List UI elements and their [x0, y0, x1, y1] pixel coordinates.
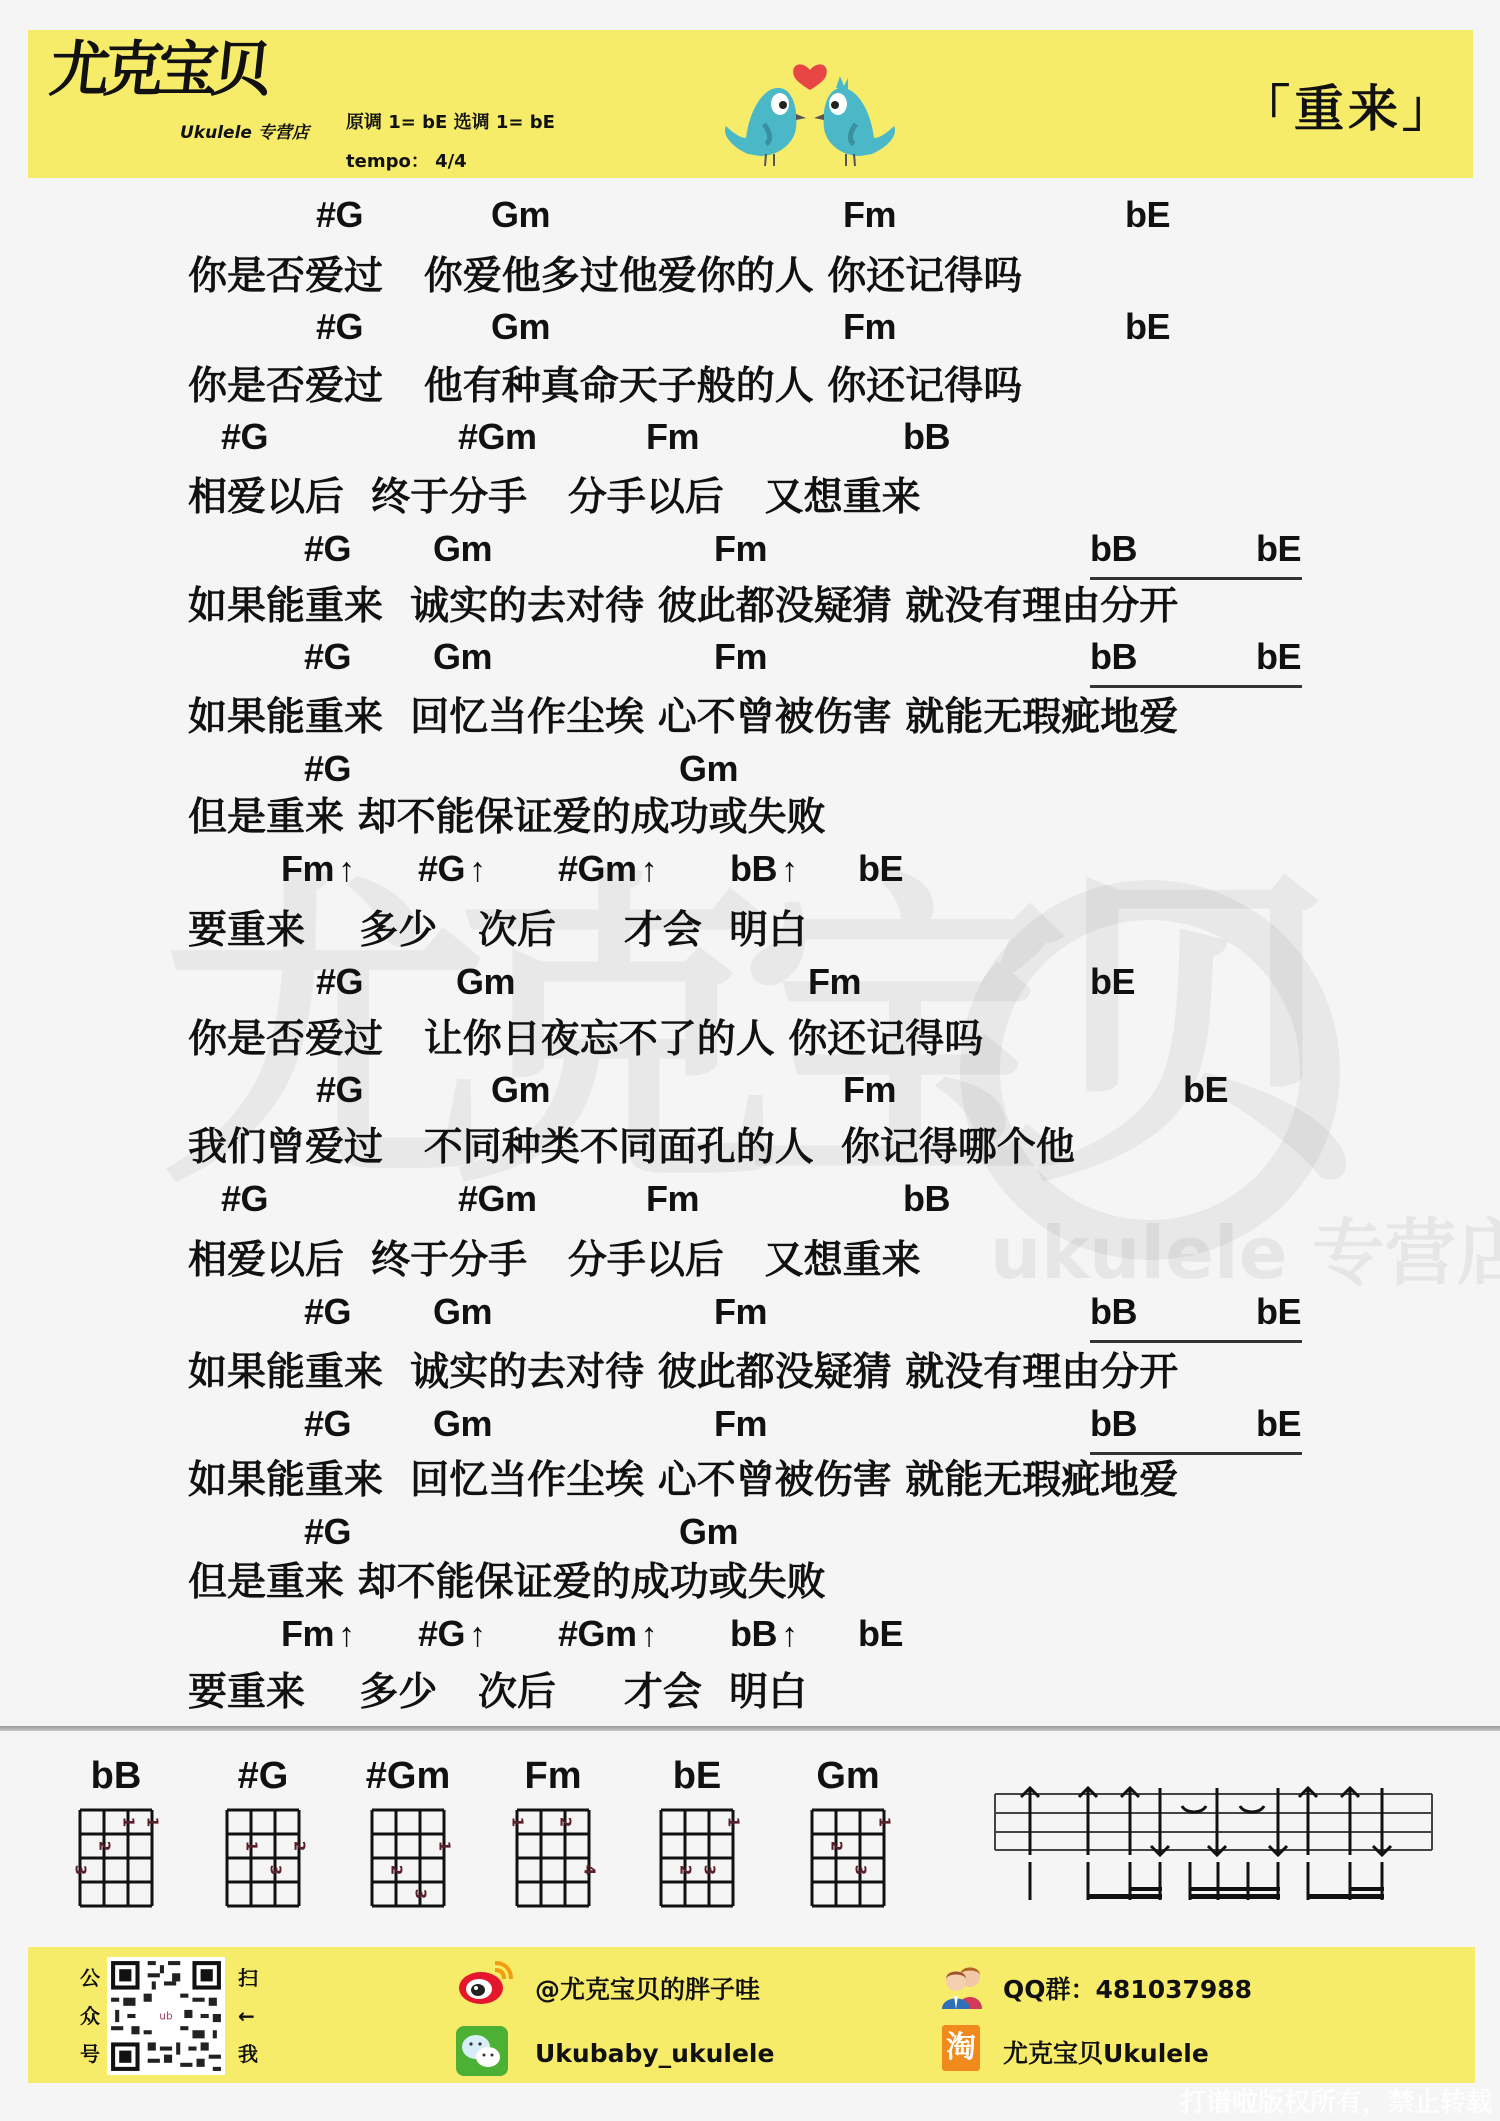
chord-name: Fm: [281, 848, 334, 889]
chord-diagram-name: #Gm: [366, 1757, 450, 1795]
chord-name: #G: [316, 194, 363, 235]
chord-label: bE: [1090, 964, 1135, 1000]
chord-label: #G: [316, 197, 363, 233]
chord-label: #G: [304, 1406, 351, 1442]
svg-text:2: 2: [828, 1841, 846, 1851]
chord-name: #G: [304, 1403, 351, 1444]
chord-diagram: 123: [812, 1810, 884, 1906]
lyric-line: 如果能重来 回忆当作尘埃 心不曾被伤害 就能无瑕疵地爱: [188, 698, 1178, 737]
chord-label: Gm: [433, 531, 492, 567]
chord-label: #G: [304, 639, 351, 675]
chord-label: #G: [221, 1181, 268, 1217]
chord-name: bE: [858, 1613, 903, 1654]
chord-label: #G: [304, 531, 351, 567]
chord-label: Fm↑: [281, 1616, 355, 1652]
chord-diagram: 1123: [80, 1810, 152, 1906]
chord-name: #G: [304, 636, 351, 677]
chord-name: #G: [304, 1511, 351, 1552]
chord-underline: [1090, 1340, 1302, 1343]
qr-code[interactable]: ub: [107, 1957, 225, 2075]
up-arrow-icon: ↑: [469, 851, 486, 889]
chord-label: bE: [1125, 197, 1170, 233]
up-arrow-icon: ↑: [469, 1616, 486, 1654]
taobao-icon[interactable]: 淘: [942, 2025, 980, 2071]
chord-name: bE: [1125, 306, 1170, 347]
chord-label: bE: [1256, 1406, 1301, 1442]
chord-label: Gm: [679, 1514, 738, 1550]
chord-label: bE: [1256, 1294, 1301, 1330]
chord-name: #G: [418, 1613, 465, 1654]
up-arrow-icon: ↑: [338, 1616, 355, 1654]
chord-label: bE: [858, 1616, 903, 1652]
chord-diagram-name: bB: [91, 1757, 142, 1795]
chord-diagram-name: #G: [238, 1757, 289, 1795]
tempo-info: tempo： 4/4: [346, 147, 467, 173]
lyric-line: 但是重来 却不能保证爱的成功或失败: [188, 798, 826, 837]
qr-label-char: 公: [80, 1968, 100, 1988]
chord-diagram: 124: [517, 1810, 589, 1906]
weibo-icon[interactable]: [455, 1955, 517, 2007]
weibo-handle[interactable]: @尤克宝贝的胖子哇: [535, 1977, 760, 2002]
chord-name: #G: [304, 528, 351, 569]
qr-label-char: 号: [80, 2044, 100, 2064]
chord-diagram: 123: [372, 1810, 444, 1906]
chord-name: Gm: [433, 528, 492, 569]
lyric-line: 相爱以后 终于分手 分手以后 又想重来: [188, 478, 921, 517]
chord-name: #Gm: [458, 1178, 537, 1219]
chord-label: bE: [1256, 531, 1301, 567]
chord-fretboard-icon: 123: [812, 1810, 884, 1906]
chord-label: bB: [1090, 531, 1137, 567]
svg-text:3: 3: [267, 1865, 285, 1875]
chord-name: bE: [1183, 1069, 1228, 1110]
chord-label: #Gm: [458, 419, 537, 455]
up-arrow-icon: ↑: [338, 851, 355, 889]
chord-label: bE: [1183, 1072, 1228, 1108]
chord-label: Fm: [714, 531, 767, 567]
chord-name: Gm: [491, 306, 550, 347]
up-arrow-icon: ↑: [781, 1616, 798, 1654]
chord-name: #G: [221, 416, 268, 457]
lyric-line: 要重来 多少 次后 才会 明白: [188, 1673, 807, 1712]
chord-label: Fm: [646, 1181, 699, 1217]
qr-label-char: 扫: [238, 1968, 258, 1988]
svg-text:1: 1: [876, 1817, 894, 1827]
chord-name: bE: [1256, 1291, 1301, 1332]
chord-name: Gm: [433, 1291, 492, 1332]
chord-label: Fm: [843, 1072, 896, 1108]
chord-label: Gm: [456, 964, 515, 1000]
lyric-line: 你是否爱过 让你日夜忘不了的人 你还记得吗: [188, 1020, 983, 1059]
chord-label: #G: [316, 309, 363, 345]
chord-label: Fm: [843, 197, 896, 233]
chord-name: bB: [1090, 636, 1137, 677]
chord-fretboard-icon: 1123: [80, 1810, 152, 1906]
chord-label: Gm: [491, 1072, 550, 1108]
svg-text:1: 1: [243, 1841, 261, 1851]
chord-name: bB: [903, 416, 950, 457]
qq-group-number[interactable]: QQ群：481037988: [1003, 1977, 1252, 2002]
chord-name: Fm: [714, 1403, 767, 1444]
copyright-watermark: 打谱啦版权所有，禁止转载: [1180, 2082, 1492, 2119]
chord-name: Gm: [433, 1403, 492, 1444]
chord-label: #Gm↑: [558, 851, 657, 887]
chord-name: bB: [1090, 1403, 1137, 1444]
chord-label: Fm: [714, 1294, 767, 1330]
chord-name: Fm: [646, 1178, 699, 1219]
strum-arrows: [1021, 1788, 1391, 1900]
love-birds-icon: [710, 46, 910, 166]
chord-underline: [1090, 1452, 1302, 1455]
chord-name: bB: [1090, 1291, 1137, 1332]
chord-label: Gm: [433, 639, 492, 675]
chord-label: #G↑: [418, 851, 486, 887]
wechat-icon[interactable]: [455, 2025, 509, 2077]
chord-name: #Gm: [558, 848, 637, 889]
lyric-line: 你是否爱过 你爱他多过他爱你的人 你还记得吗: [188, 257, 1022, 296]
chord-label: #G: [304, 1514, 351, 1550]
chord-name: Gm: [456, 961, 515, 1002]
svg-text:2: 2: [291, 1841, 309, 1851]
chord-name: Fm: [646, 416, 699, 457]
svg-text:2: 2: [388, 1865, 406, 1875]
svg-text:2: 2: [557, 1817, 575, 1827]
chord-label: Gm: [433, 1294, 492, 1330]
chord-label: Fm: [808, 964, 861, 1000]
chord-name: bB: [903, 1178, 950, 1219]
strumming-pattern: [990, 1780, 1440, 1910]
chord-name: #G: [316, 306, 363, 347]
svg-text:1: 1: [436, 1841, 454, 1851]
chord-label: bB↑: [730, 851, 798, 887]
svg-text:2: 2: [96, 1841, 114, 1851]
qr-code-icon: ub: [107, 1957, 225, 2075]
up-arrow-icon: ↑: [781, 851, 798, 889]
svg-text:2: 2: [677, 1865, 695, 1875]
svg-text:1: 1: [144, 1817, 162, 1827]
chord-label: #Gm↑: [558, 1616, 657, 1652]
svg-text:4: 4: [581, 1865, 599, 1875]
chord-label: bB: [1090, 1406, 1137, 1442]
chord-name: bE: [1125, 194, 1170, 235]
lyric-line: 要重来 多少 次后 才会 明白: [188, 911, 807, 950]
qq-group-icon[interactable]: [940, 1963, 988, 2009]
chord-name: Fm: [714, 528, 767, 569]
chord-diagram-name: Fm: [525, 1757, 582, 1795]
svg-text:1: 1: [725, 1817, 743, 1827]
chord-name: Gm: [491, 194, 550, 235]
key-info: 原调 1= bE 选调 1= bE: [346, 108, 555, 134]
svg-text:3: 3: [72, 1865, 90, 1875]
chord-name: #Gm: [558, 1613, 637, 1654]
lyric-line: 相爱以后 终于分手 分手以后 又想重来: [188, 1241, 921, 1280]
lyric-line: 但是重来 却不能保证爱的成功或失败: [188, 1563, 826, 1602]
chord-label: bE: [858, 851, 903, 887]
chord-name: bE: [1256, 636, 1301, 677]
chord-label: Fm: [714, 639, 767, 675]
chord-name: Fm: [714, 636, 767, 677]
chord-name: Fm: [714, 1291, 767, 1332]
chord-name: Fm: [281, 1613, 334, 1654]
chord-label: #G: [304, 1294, 351, 1330]
svg-text:3: 3: [852, 1865, 870, 1875]
chord-label: bB: [903, 419, 950, 455]
chord-label: #G↑: [418, 1616, 486, 1652]
chord-name: #G: [316, 1069, 363, 1110]
up-arrow-icon: ↑: [641, 1616, 658, 1654]
chord-name: #G: [221, 1178, 268, 1219]
chord-fretboard-icon: 123: [227, 1810, 299, 1906]
lyric-line: 你是否爱过 他有种真命天子般的人 你还记得吗: [188, 367, 1022, 406]
chord-label: bE: [1125, 309, 1170, 345]
qr-label-char: ←: [238, 2006, 255, 2026]
chord-label: #G: [221, 419, 268, 455]
lyric-line: 如果能重来 诚实的去对待 彼此都没疑猜 就没有理由分开: [188, 1353, 1178, 1392]
chord-name: #G: [304, 1291, 351, 1332]
wechat-id[interactable]: Ukubaby_ukulele: [535, 2041, 774, 2066]
svg-text:ub: ub: [159, 2010, 173, 2022]
lyric-line: 如果能重来 回忆当作尘埃 心不曾被伤害 就能无瑕疵地爱: [188, 1461, 1178, 1500]
chord-name: bB: [1090, 528, 1137, 569]
qr-label-char: 众: [80, 2006, 100, 2026]
chord-diagram-name: Gm: [816, 1757, 879, 1795]
chord-label: #G: [316, 964, 363, 1000]
chord-label: bE: [1256, 639, 1301, 675]
chord-name: #G: [304, 748, 351, 789]
chord-name: Fm: [843, 306, 896, 347]
chord-name: Fm: [808, 961, 861, 1002]
taobao-shop[interactable]: 尤克宝贝Ukulele: [1003, 2041, 1209, 2066]
logo: 尤克宝贝: [47, 40, 269, 100]
beams: [1087, 1887, 1384, 1899]
svg-text:3: 3: [701, 1865, 719, 1875]
chord-diagram: 123: [227, 1810, 299, 1906]
chord-fretboard-icon: 123: [661, 1810, 733, 1906]
chord-name: #G: [418, 848, 465, 889]
svg-text:1: 1: [509, 1817, 527, 1827]
svg-text:3: 3: [412, 1889, 430, 1899]
chord-label: #G: [304, 751, 351, 787]
watermark-subtitle: ukulele 专营店: [990, 1195, 1500, 1299]
chord-name: #Gm: [458, 416, 537, 457]
chord-name: bB: [730, 1613, 777, 1654]
lyric-line: 我们曾爱过 不同种类不同面孔的人 你记得哪个他: [188, 1128, 1075, 1167]
chord-label: bB: [1090, 639, 1137, 675]
chord-label: bB: [1090, 1294, 1137, 1330]
chord-label: Fm: [843, 309, 896, 345]
chord-label: bB↑: [730, 1616, 798, 1652]
chord-label: Fm↑: [281, 851, 355, 887]
chord-name: Gm: [491, 1069, 550, 1110]
chord-name: Fm: [843, 1069, 896, 1110]
chord-name: #G: [316, 961, 363, 1002]
svg-text:1: 1: [120, 1817, 138, 1827]
chord-name: Fm: [843, 194, 896, 235]
chord-diagram-name: bE: [673, 1757, 722, 1795]
chord-name: bE: [1256, 528, 1301, 569]
chord-name: Gm: [679, 1511, 738, 1552]
chord-name: bB: [730, 848, 777, 889]
chord-name: Gm: [679, 748, 738, 789]
chord-label: #G: [316, 1072, 363, 1108]
chord-diagram: 123: [661, 1810, 733, 1906]
logo-subtitle: Ukulele 专营店: [180, 118, 309, 143]
chord-fretboard-icon: 124: [517, 1810, 589, 1906]
chord-label: bB: [903, 1181, 950, 1217]
chord-name: bE: [1090, 961, 1135, 1002]
chord-underline: [1090, 685, 1302, 688]
up-arrow-icon: ↑: [641, 851, 658, 889]
chord-underline: [1090, 577, 1302, 580]
chord-label: #Gm: [458, 1181, 537, 1217]
chord-fretboard-icon: 123: [372, 1810, 444, 1906]
chord-label: Fm: [646, 419, 699, 455]
chord-name: bE: [1256, 1403, 1301, 1444]
chord-name: Gm: [433, 636, 492, 677]
song-title: 「重来」: [1240, 84, 1456, 134]
lyric-line: 如果能重来 诚实的去对待 彼此都没疑猜 就没有理由分开: [188, 587, 1178, 626]
chord-label: Gm: [491, 309, 550, 345]
chord-label: Fm: [714, 1406, 767, 1442]
chord-label: Gm: [491, 197, 550, 233]
section-divider: [0, 1726, 1500, 1731]
chord-label: Gm: [433, 1406, 492, 1442]
chord-label: Gm: [679, 751, 738, 787]
chord-name: bE: [858, 848, 903, 889]
qr-label-char: 我: [238, 2044, 258, 2064]
